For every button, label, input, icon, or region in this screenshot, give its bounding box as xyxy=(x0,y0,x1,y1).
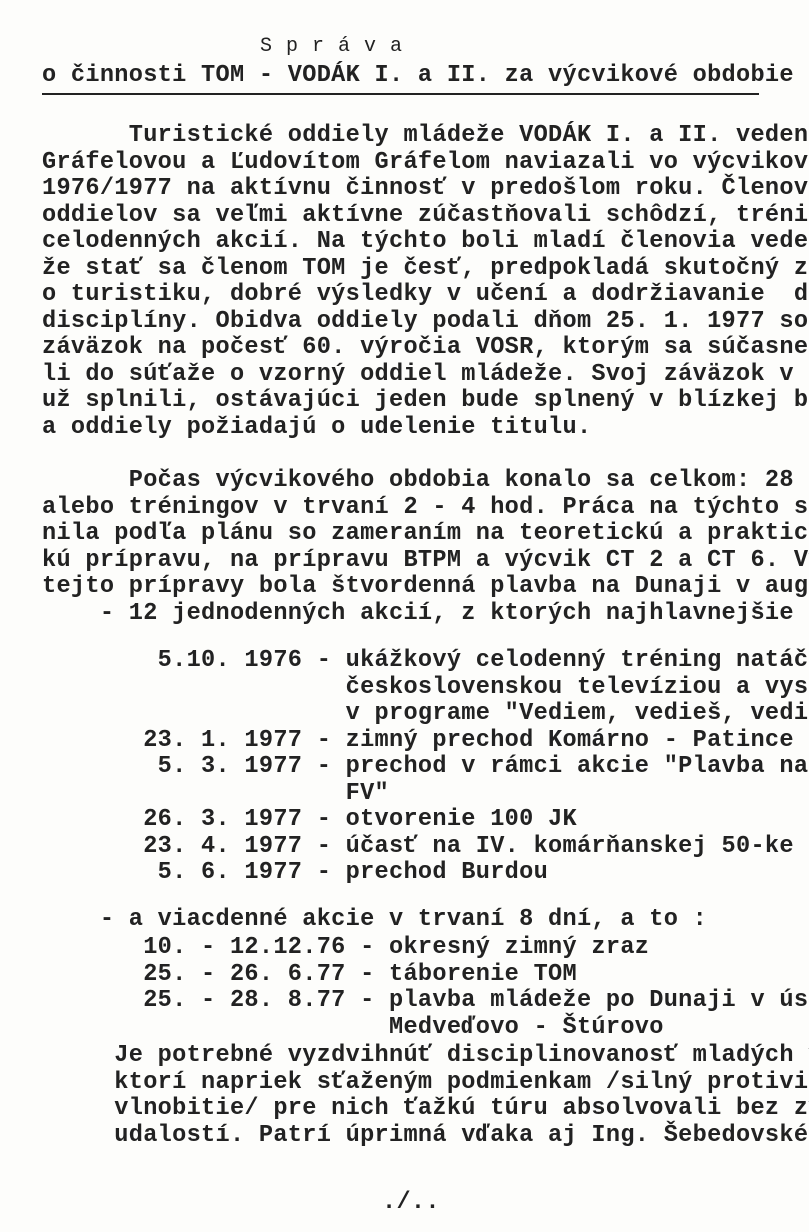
text-line: ktorí napriek sťaženým podmienkam /silný… xyxy=(42,1070,809,1096)
event-line: 10. - 12.12.76 - okresný zimný zraz xyxy=(42,935,649,961)
event-line: 25. - 26. 6.77 - táborenie TOM xyxy=(42,962,577,988)
document-subtitle: o činnosti TOM - VODÁK I. a II. za výcvi… xyxy=(42,63,809,89)
event-line: československou televíziou a vysielaný xyxy=(42,675,809,701)
event-line: 23. 4. 1977 - účasť na IV. komárňanskej … xyxy=(42,834,794,860)
event-line: 5. 6. 1977 - prechod Burdou xyxy=(42,860,548,886)
text-line: tejto prípravy bola štvordenná plavba na… xyxy=(42,574,809,600)
text-line: Počas výcvikového obdobia konalo sa celk… xyxy=(42,468,809,494)
text-line: alebo tréningov v trvaní 2 - 4 hod. Prác… xyxy=(42,495,809,521)
page-continuation-mark: ./.. xyxy=(382,1190,440,1216)
text-line: oddielov sa veľmi aktívne zúčastňovali s… xyxy=(42,203,809,229)
text-line: Je potrebné vyzdvihnúť disciplinovanosť … xyxy=(42,1043,809,1069)
document-page: S p r á v a o činnosti TOM - VODÁK I. a … xyxy=(0,0,809,1232)
text-line: udalostí. Patrí úprimná vďaka aj Ing. Še… xyxy=(42,1123,809,1149)
title-underline xyxy=(42,93,759,95)
text-line: Gráfelovou a Ľudovítom Gráfelom naviazal… xyxy=(42,150,809,176)
text-line: 1976/1977 na aktívnu činnosť v predošlom… xyxy=(42,176,809,202)
event-line: 5.10. 1976 - ukážkový celodenný tréning … xyxy=(42,648,809,674)
event-line: FV" xyxy=(42,781,389,807)
event-line: v programe "Vediem, vedieš, vedieme" xyxy=(42,701,809,727)
text-line: že stať sa členom TOM je česť, predpokla… xyxy=(42,256,809,282)
text-line: - 12 jednodenných akcií, z ktorých najhl… xyxy=(42,601,809,627)
event-line: 26. 3. 1977 - otvorenie 100 JK xyxy=(42,807,577,833)
text-line: už splnili, ostávajúci jeden bude splnen… xyxy=(42,388,809,414)
text-line: - a viacdenné akcie v trvaní 8 dní, a to… xyxy=(42,907,707,933)
text-line: kú prípravu, na prípravu BTPM a výcvik C… xyxy=(42,548,809,574)
document-title: S p r á v a xyxy=(260,34,403,60)
text-line: disciplíny. Obidva oddiely podali dňom 2… xyxy=(42,309,809,335)
event-line: 5. 3. 1977 - prechod v rámci akcie "Plav… xyxy=(42,754,809,780)
event-line: 25. - 28. 8.77 - plavba mládeže po Dunaj… xyxy=(42,988,809,1014)
event-line: Medveďovo - Štúrovo xyxy=(42,1015,664,1041)
text-line: o turistiku, dobré výsledky v učení a do… xyxy=(42,282,809,308)
text-line: celodenných akcií. Na týchto boli mladí … xyxy=(42,229,809,255)
text-line: li do súťaže o vzorný oddiel mládeže. Sv… xyxy=(42,362,809,388)
text-line: záväzok na počesť 60. výročia VOSR, ktor… xyxy=(42,335,809,361)
event-line: 23. 1. 1977 - zimný prechod Komárno - Pa… xyxy=(42,728,794,754)
text-line: Turistické oddiely mládeže VODÁK I. a II… xyxy=(42,123,809,149)
text-line: vlnobitie/ pre nich ťažkú túru absolvova… xyxy=(42,1096,809,1122)
text-line: nila podľa plánu so zameraním na teoreti… xyxy=(42,521,809,547)
text-line: a oddiely požiadajú o udelenie titulu. xyxy=(42,415,591,441)
